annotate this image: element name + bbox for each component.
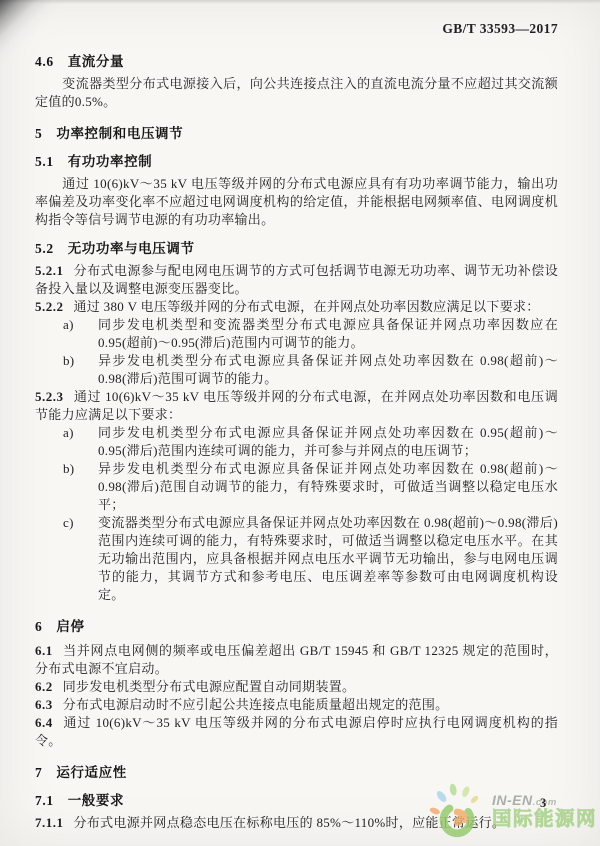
clause-text: 分布式电源参与配电网电压调节的方式可包括调节电源无功功率、调节无功补偿设备投入量… [35, 263, 558, 296]
clause-number: 6.3 [35, 697, 53, 712]
list-item-c: c) 变流器类型分布式电源应具备保证并网点处功率因数在 0.98(超前)～0.9… [63, 514, 558, 604]
clause-text: 通过 10(6)kV～35 kV 电压等级并网的分布式电源启停时应执行电网调度机… [35, 715, 558, 748]
heading-title: 功率控制和电压调节 [56, 126, 183, 141]
heading-number: 6 [35, 619, 42, 634]
heading-number: 5 [35, 126, 42, 141]
clause-text: 通过 380 V 电压等级并网的分布式电源，在并网点处功率因数应满足以下要求： [74, 299, 540, 314]
document-content: GB/T 33593—2017 4.6直流分量 变流器类型分布式电源接入后，向公… [35, 0, 558, 832]
list-item-text: 变流器类型分布式电源应具备保证并网点处功率因数在 0.98(超前)～0.98(滞… [98, 514, 558, 604]
heading-5-2: 5.2无功功率与电压调节 [35, 237, 558, 257]
list-item-text: 同步发电机类型分布式电源应具备保证并网点处功率因数在 0.95(超前)～0.95… [98, 424, 558, 460]
clause-7-1-1: 7.1.1分布式电源并网点稳态电压在标称电压的 85%～110%时，应能正常运行… [35, 814, 558, 832]
heading-7-1: 7.1一般要求 [35, 789, 558, 809]
heading-number: 7.1 [35, 793, 54, 808]
scanned-document-page: GB/T 33593—2017 4.6直流分量 变流器类型分布式电源接入后，向公… [0, 0, 600, 846]
clause-number: 5.2.3 [35, 389, 64, 404]
heading-title: 启停 [56, 619, 84, 634]
page-number: 3 [540, 796, 546, 811]
heading-7: 7运行适应性 [35, 761, 558, 781]
clause-number: 6.4 [35, 715, 53, 730]
heading-title: 运行适应性 [56, 765, 127, 780]
list-item-text: 同步发电机类型和变流器类型分布式电源应具备保证并网点功率因数应在 0.95(超前… [98, 316, 558, 352]
clause-number: 5.2.2 [35, 299, 64, 314]
heading-number: 5.1 [35, 154, 54, 169]
clause-6-3: 6.3分布式电源启动时不应引起公共连接点电能质量超出规定的范围。 [35, 696, 558, 714]
clause-number: 6.1 [35, 643, 53, 658]
heading-title: 直流分量 [68, 54, 124, 69]
list-marker: a) [63, 424, 98, 460]
heading-number: 7 [35, 765, 42, 780]
clause-6-4: 6.4通过 10(6)kV～35 kV 电压等级并网的分布式电源启停时应执行电网… [35, 714, 558, 750]
clause-text: 当并网点电网侧的频率或电压偏差超出 GB/T 15945 和 GB/T 1232… [35, 643, 558, 676]
clause-text: 同步发电机类型分布式电源应配置自动同期装置。 [63, 679, 356, 694]
heading-5-1: 5.1有功功率控制 [35, 150, 558, 170]
list-item-b: b) 异步发电机类型分布式电源应具备保证并网点处功率因数在 0.98(超前)～0… [63, 460, 558, 514]
heading-title: 有功功率控制 [68, 154, 153, 169]
paragraph-4-6: 变流器类型分布式电源接入后，向公共连接点注入的直流电流分量不应超过其交流额定值的… [35, 75, 558, 111]
clause-6-1: 6.1当并网点电网侧的频率或电压偏差超出 GB/T 15945 和 GB/T 1… [35, 642, 558, 678]
heading-5: 5功率控制和电压调节 [35, 122, 558, 142]
clause-text: 通过 10(6)kV～35 kV 电压等级并网的分布式电源，在并网点处功率因数和… [35, 389, 558, 422]
list-item-b: b) 异步发电机类型分布式电源应具备保证并网点处功率因数在 0.98(超前)～0… [63, 352, 558, 388]
list-item-text: 异步发电机类型分布式电源应具备保证并网点处功率因数在 0.98(超前)～0.98… [98, 352, 558, 388]
heading-6: 6启停 [35, 615, 558, 635]
heading-4-6: 4.6直流分量 [35, 50, 558, 70]
list-item-a: a) 同步发电机类型和变流器类型分布式电源应具备保证并网点功率因数应在 0.95… [63, 316, 558, 352]
heading-number: 5.2 [35, 241, 54, 256]
heading-number: 4.6 [35, 54, 54, 69]
list-item-a: a) 同步发电机类型分布式电源应具备保证并网点处功率因数在 0.95(超前)～0… [63, 424, 558, 460]
paragraph-5-1: 通过 10(6)kV～35 kV 电压等级并网的分布式电源应具有有功功率调节能力… [35, 175, 558, 229]
heading-title: 无功功率与电压调节 [68, 241, 195, 256]
clause-5-2-3: 5.2.3通过 10(6)kV～35 kV 电压等级并网的分布式电源，在并网点处… [35, 388, 558, 424]
list-marker: b) [63, 460, 98, 514]
clause-number: 6.2 [35, 679, 53, 694]
clause-5-2-1: 5.2.1分布式电源参与配电网电压调节的方式可包括调节电源无功功率、调节无功补偿… [35, 262, 558, 298]
clause-6-2: 6.2同步发电机类型分布式电源应配置自动同期装置。 [35, 678, 558, 696]
clause-text: 分布式电源并网点稳态电压在标称电压的 85%～110%时，应能正常运行。 [74, 815, 506, 830]
running-header-standard-code: GB/T 33593—2017 [35, 0, 558, 37]
heading-title: 一般要求 [68, 793, 124, 808]
clause-text: 分布式电源启动时不应引起公共连接点电能质量超出规定的范围。 [63, 697, 449, 712]
clause-number: 7.1.1 [35, 815, 64, 830]
list-marker: b) [63, 352, 98, 388]
list-marker: c) [63, 514, 98, 604]
clause-5-2-2: 5.2.2通过 380 V 电压等级并网的分布式电源，在并网点处功率因数应满足以… [35, 298, 558, 316]
list-item-text: 异步发电机类型分布式电源应具备保证并网点处功率因数在 0.98(超前)～0.98… [98, 460, 558, 514]
clause-number: 5.2.1 [35, 263, 64, 278]
list-marker: a) [63, 316, 98, 352]
